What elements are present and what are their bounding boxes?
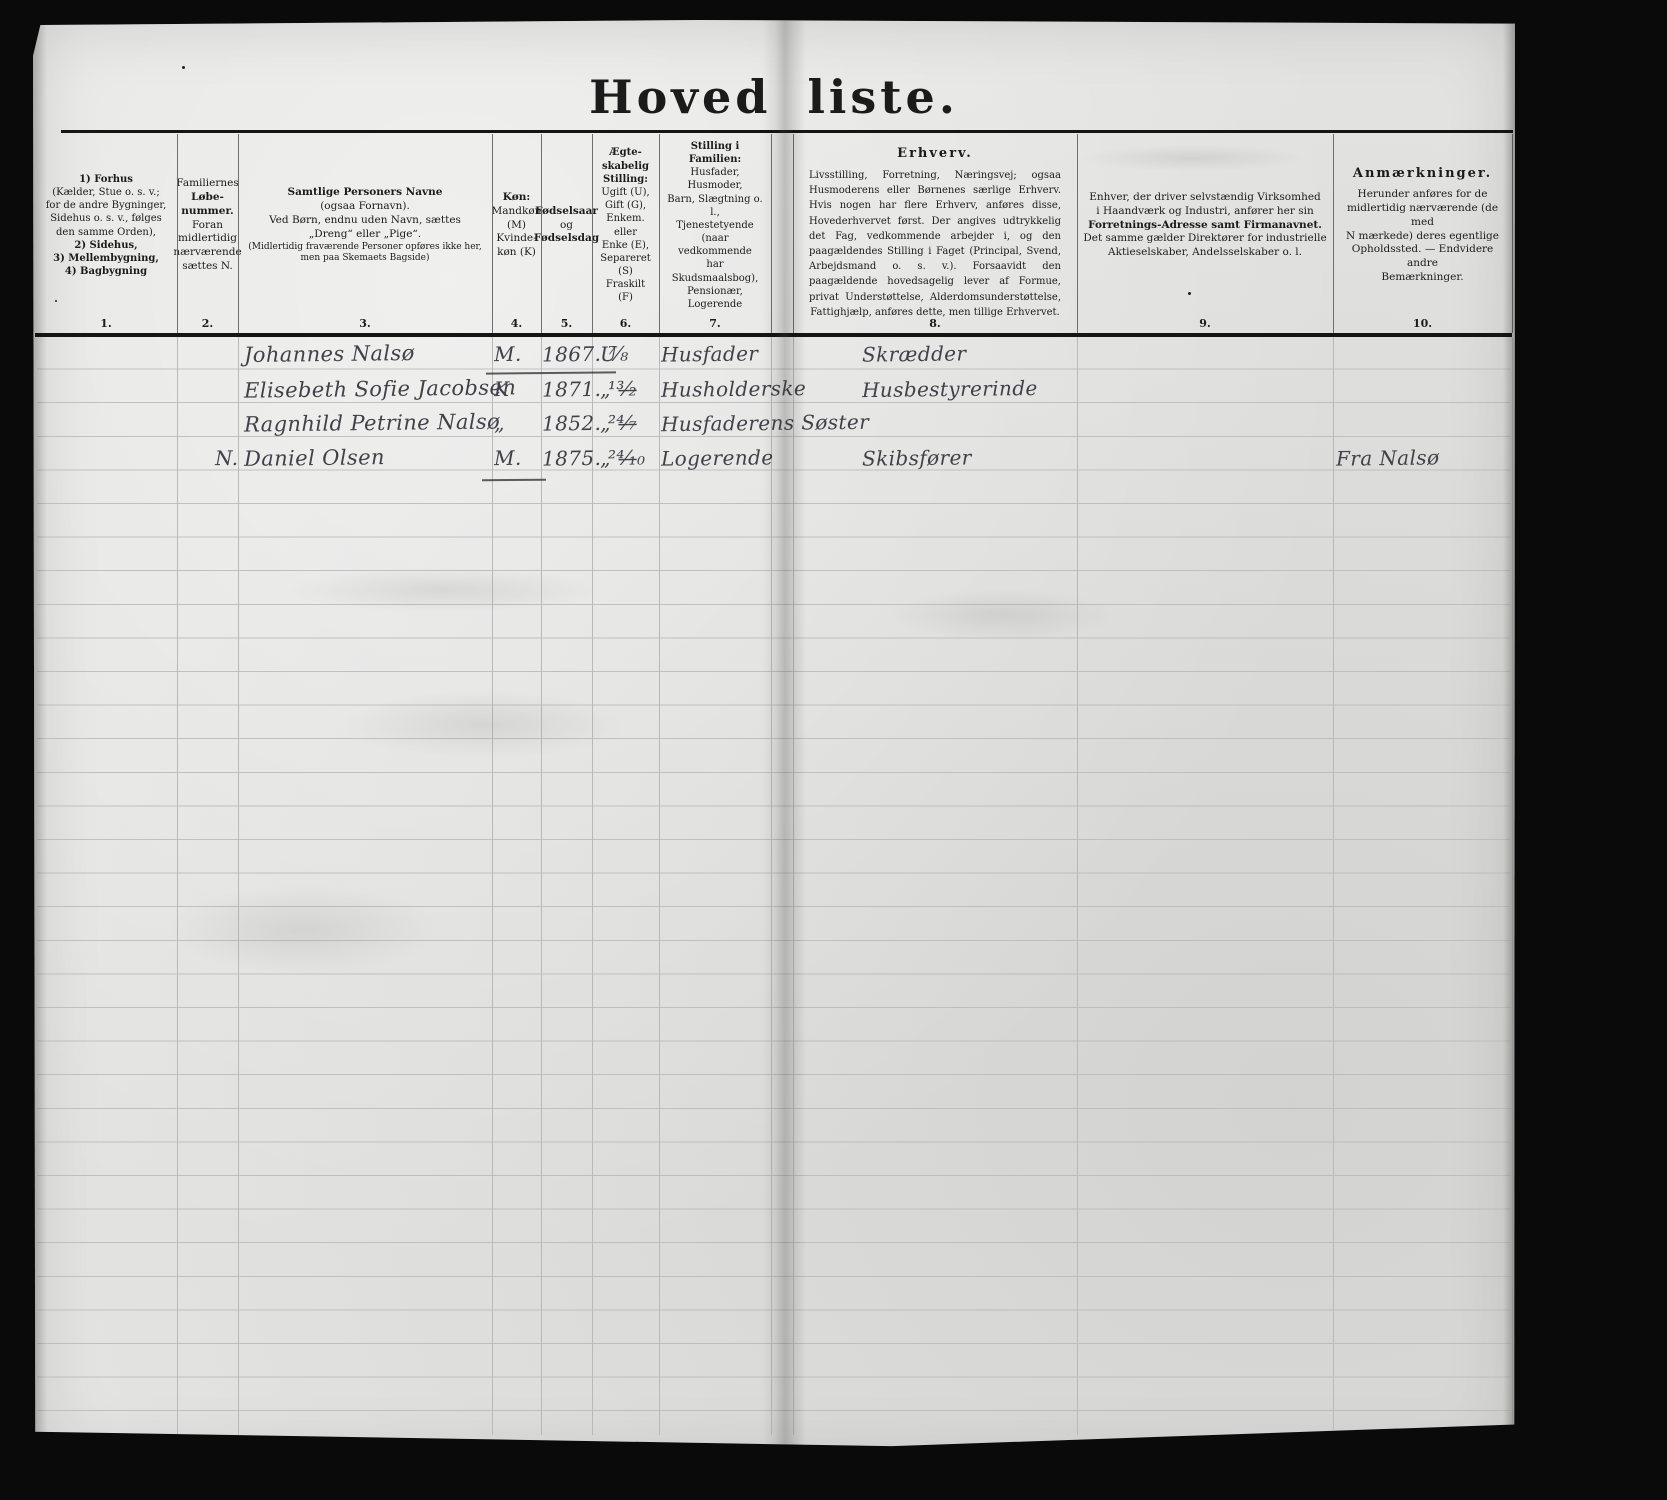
- dust-speck: [182, 66, 185, 69]
- header-line: Stilling i Familien:: [664, 140, 766, 166]
- paper-right-edge-shadow: [1503, 20, 1515, 1462]
- header-line: har Skudsmaalsbog),: [664, 258, 766, 284]
- header-line: (ogsaa Fornavn).: [320, 200, 410, 214]
- header-column-6: Ægte-skabeligStilling:Ugift (U),Gift (G)…: [592, 134, 659, 333]
- header-line: N mærkede) deres egentlige: [1346, 230, 1499, 244]
- row4-name: Daniel Olsen: [244, 445, 385, 471]
- row2-name: Elisebeth Sofie Jacobsen: [244, 375, 516, 402]
- header-line: nærværende: [173, 246, 241, 260]
- header-line: „Dreng“ eller „Pige“.: [309, 228, 421, 242]
- header-column-divider: [592, 134, 593, 333]
- header-line: 3) Mellembygning,: [53, 252, 159, 265]
- body-column-divider: [1077, 337, 1078, 1435]
- header-line: og: [560, 219, 573, 233]
- header-paragraph: Livsstilling, Forretning, Næringsvej; og…: [809, 168, 1061, 320]
- header-line: (Kælder, Stue o. s. v.;: [52, 186, 159, 199]
- header-line: 4) Bagbygning: [65, 265, 147, 278]
- column-number: 10.: [1333, 317, 1512, 330]
- header-line: Sidehus o. s. v., følges: [50, 212, 162, 225]
- column-number: 1.: [35, 317, 177, 330]
- header-line: Aktieselskaber, Andelsselskaber o. l.: [1108, 246, 1302, 260]
- row3-sex: „: [494, 411, 505, 435]
- header-line: Mandkøn: [492, 205, 542, 219]
- row4-marital: „ —: [600, 446, 638, 470]
- header-line: (S): [618, 265, 633, 278]
- column-number: 2.: [177, 317, 238, 330]
- header-line: Fødselsaar: [535, 205, 598, 219]
- header-line: midlertidig: [178, 232, 237, 246]
- row3-name: Ragnhild Petrine Nalsø: [244, 409, 500, 436]
- header-line: Pensionær, Logerende: [664, 285, 766, 311]
- header-line: sættes N.: [182, 260, 233, 274]
- header-line: (naar vedkommende: [664, 232, 766, 258]
- row4-n: N.: [215, 446, 239, 470]
- row2-marital: „ —: [600, 377, 638, 401]
- body-column-divider: [1333, 337, 1334, 1435]
- header-column-divider: [541, 134, 542, 333]
- body-column-divider: [492, 337, 493, 1435]
- header-line: Stilling:: [603, 173, 648, 186]
- header-column-1: 1) Forhus(Kælder, Stue o. s. v.;for de a…: [35, 134, 177, 333]
- header-line: Køn:: [503, 191, 530, 205]
- header-line: Kvinde-: [496, 232, 536, 246]
- header-line: 2) Sidehus,: [74, 239, 137, 252]
- paper-left-edge-shadow: [33, 20, 47, 1462]
- body-column-divider: [238, 337, 239, 1435]
- header-line: i Haandværk og Industri, anfører her sin: [1096, 205, 1313, 219]
- header-column-divider: [177, 134, 178, 333]
- header-line: Det samme gælder Direktører for industri…: [1083, 232, 1326, 246]
- header-line: Opholdssted. — Endvidere andre: [1338, 243, 1507, 271]
- body-column-divider: [177, 337, 178, 1435]
- header-column-10: Anmærkninger.Herunder anføres for demidl…: [1333, 134, 1512, 333]
- row2-sex: K: [494, 377, 510, 401]
- header-line: Enhver, der driver selvstændig Virksomhe…: [1089, 191, 1321, 205]
- header-title: Anmærkninger.: [1353, 166, 1492, 181]
- row1-name: Johannes Nalsø: [244, 341, 415, 367]
- header-column-5: FødselsaarogFødselsdag5.: [541, 134, 592, 333]
- header-column-divider: [1333, 134, 1334, 333]
- header-line: Enke (E),: [602, 239, 649, 252]
- header-line: Separeret: [600, 252, 651, 265]
- row4-remark: Fra Nalsø: [1336, 445, 1440, 470]
- column-number: 7.: [659, 317, 771, 330]
- header-line: Forretnings-Adresse samt Firmanavnet.: [1088, 219, 1322, 233]
- body-column-divider: [592, 337, 593, 1435]
- header-line: Enkem. eller: [597, 212, 654, 238]
- header-title: Erhverv.: [897, 146, 973, 161]
- header-line: Familiernes: [176, 177, 238, 191]
- header-column-8: Erhverv.Livsstilling, Forretning, Næring…: [793, 134, 1077, 333]
- column-number: 8.: [793, 317, 1077, 330]
- column-number: 9.: [1077, 317, 1333, 330]
- dust-speck: [1188, 292, 1191, 295]
- row4-occupation: Skibsfører: [862, 445, 972, 470]
- row1-sex: M.: [494, 342, 522, 366]
- header-line: Gift (G),: [605, 199, 646, 212]
- column-number: 3.: [238, 317, 492, 330]
- header-line: køn (K): [497, 246, 536, 260]
- header-line: Løbe-: [191, 191, 224, 205]
- header-column-7: Stilling i Familien:Husfader, Husmoder,B…: [659, 134, 771, 333]
- header-line: Bemærkninger.: [1381, 271, 1463, 285]
- header-column-2: FamiliernesLøbe-nummer.Foranmidlertidign…: [177, 134, 238, 333]
- header-line: Ægte-: [609, 146, 641, 159]
- row1-occupation: Skrædder: [862, 341, 967, 366]
- row3-marital: „ —: [600, 411, 638, 435]
- header-line: Foran: [192, 219, 223, 233]
- scanned-census-screenshot: { "page": { "title": "Hoved liste.", "co…: [0, 0, 1667, 1500]
- header-line: skabelig: [602, 160, 649, 173]
- header-column-divider: [659, 134, 660, 333]
- header-line: (Midlertidig fraværende Personer opføres…: [248, 242, 481, 254]
- header-line: (M): [507, 219, 526, 233]
- header-line: Barn, Slægtning o. l.,: [664, 193, 766, 219]
- row1-family: Husfader: [661, 341, 759, 366]
- column-number: 5.: [541, 317, 592, 330]
- header-line: den samme Orden),: [56, 226, 156, 239]
- census-form-paper: Hoved liste. 1) Forhus(Kælder, Stue o. s…: [33, 20, 1515, 1462]
- column-number: 4.: [492, 317, 541, 330]
- column-number: 6.: [592, 317, 659, 330]
- header-line: men paa Skemaets Bagside): [301, 253, 430, 265]
- header-line: midlertidig nærværende (de med: [1338, 202, 1507, 230]
- header-line: Samtlige Personers Navne: [288, 186, 443, 200]
- header-column-3: Samtlige Personers Navne(ogsaa Fornavn).…: [238, 134, 492, 333]
- header-column-divider: [1077, 134, 1078, 333]
- row1-marital: U: [600, 342, 618, 366]
- header-column-divider: [492, 134, 493, 333]
- row4-sex: M.: [494, 446, 522, 470]
- row4-family: Logerende: [661, 445, 774, 470]
- header-line: Fødselsdag: [534, 232, 599, 246]
- header-line: Husfader, Husmoder,: [664, 166, 766, 192]
- body-column-divider: [659, 337, 660, 1435]
- header-column-9: Enhver, der driver selvstændig Virksomhe…: [1077, 134, 1333, 333]
- header-column-divider: [238, 134, 239, 333]
- dust-speck: [55, 300, 57, 302]
- header-line: nummer.: [181, 205, 233, 219]
- page-fold-shadow: [762, 20, 806, 1462]
- header-line: Tjenestetyende: [676, 219, 753, 232]
- header-line: Ugift (U),: [601, 186, 649, 199]
- header-line: Fraskilt (F): [597, 278, 654, 304]
- body-column-divider: [541, 337, 542, 1435]
- row2-occupation: Husbestyrerinde: [862, 376, 1038, 402]
- header-line: Ved Børn, endnu uden Navn, sættes: [269, 214, 461, 228]
- header-line: for de andre Bygninger,: [46, 199, 167, 212]
- header-line: Herunder anføres for de: [1358, 188, 1488, 202]
- header-line: 1) Forhus: [79, 173, 133, 186]
